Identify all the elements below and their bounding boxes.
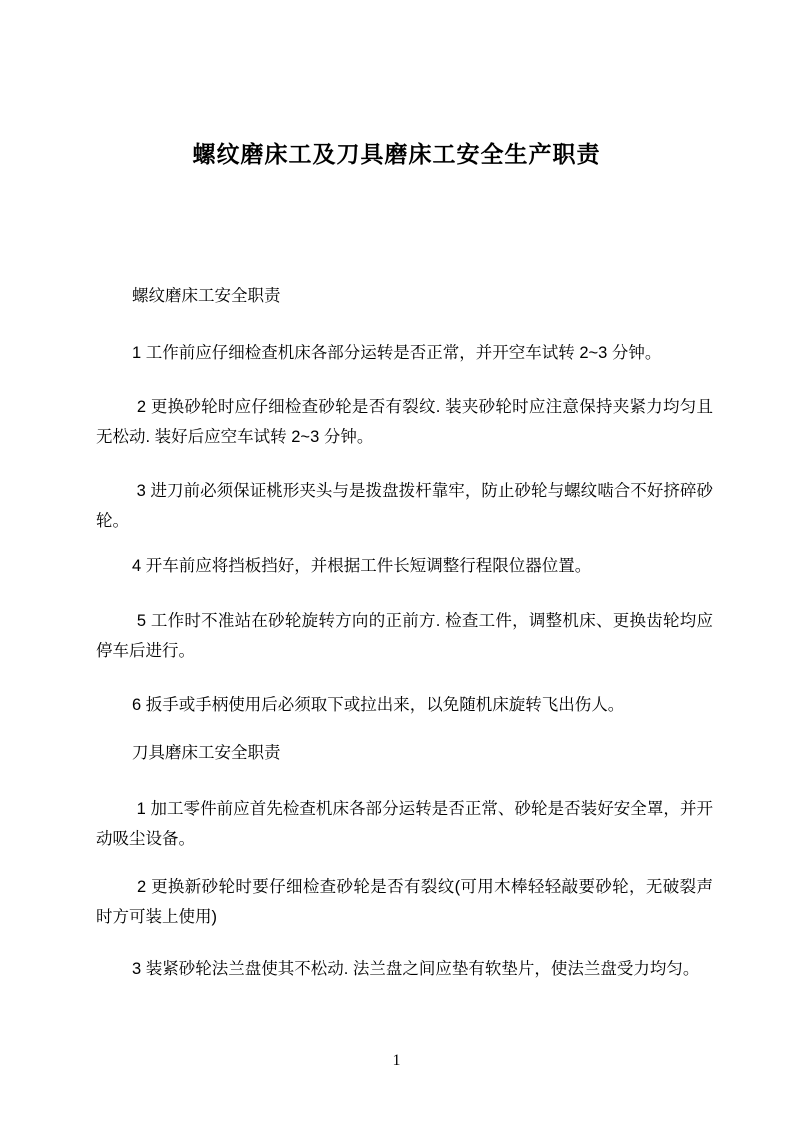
page-number: 1 [0,1050,793,1072]
rule-paragraph: 3 装紧砂轮法兰盘使其不松动. 法兰盘之间应垫有软垫片，使法兰盘受力均匀。 [96,954,713,984]
rule-paragraph: 2 更换砂轮时应仔细检查砂轮是否有裂纹. 装夹砂轮时应注意保持夹紧力均匀且无松动… [96,392,713,452]
rule-paragraph: 5 工作时不准站在砂轮旋转方向的正前方. 检查工件，调整机床、更换齿轮均应停车后… [96,606,713,666]
rule-paragraph: 4 开车前应将挡板挡好，并根据工件长短调整行程限位器位置。 [96,551,713,581]
document-title: 螺纹磨床工及刀具磨床工安全生产职责 [0,139,793,169]
rule-paragraph: 3 进刀前必须保证桃形夹头与是拨盘拨杆靠牢，防止砂轮与螺纹啮合不好挤碎砂轮。 [96,476,713,536]
rule-paragraph: 6 扳手或手柄使用后必须取下或拉出来，以免随机床旋转飞出伤人。 [96,690,713,720]
rule-paragraph: 1 工作前应仔细检查机床各部分运转是否正常，并开空车试转 2~3 分钟。 [96,338,713,368]
document-page: 螺纹磨床工及刀具磨床工安全生产职责 螺纹磨床工安全职责 1 工作前应仔细检查机床… [0,0,793,1122]
section-heading-tool-grinder: 刀具磨床工安全职责 [96,738,713,768]
rule-paragraph: 1 加工零件前应首先检查机床各部分运转是否正常、砂轮是否装好安全罩，并开动吸尘设… [96,794,713,854]
section-heading-thread-grinder: 螺纹磨床工安全职责 [96,281,713,311]
rule-paragraph: 2 更换新砂轮时要仔细检查砂轮是否有裂纹(可用木棒轻轻敲要砂轮，无破裂声时方可装… [96,872,713,932]
